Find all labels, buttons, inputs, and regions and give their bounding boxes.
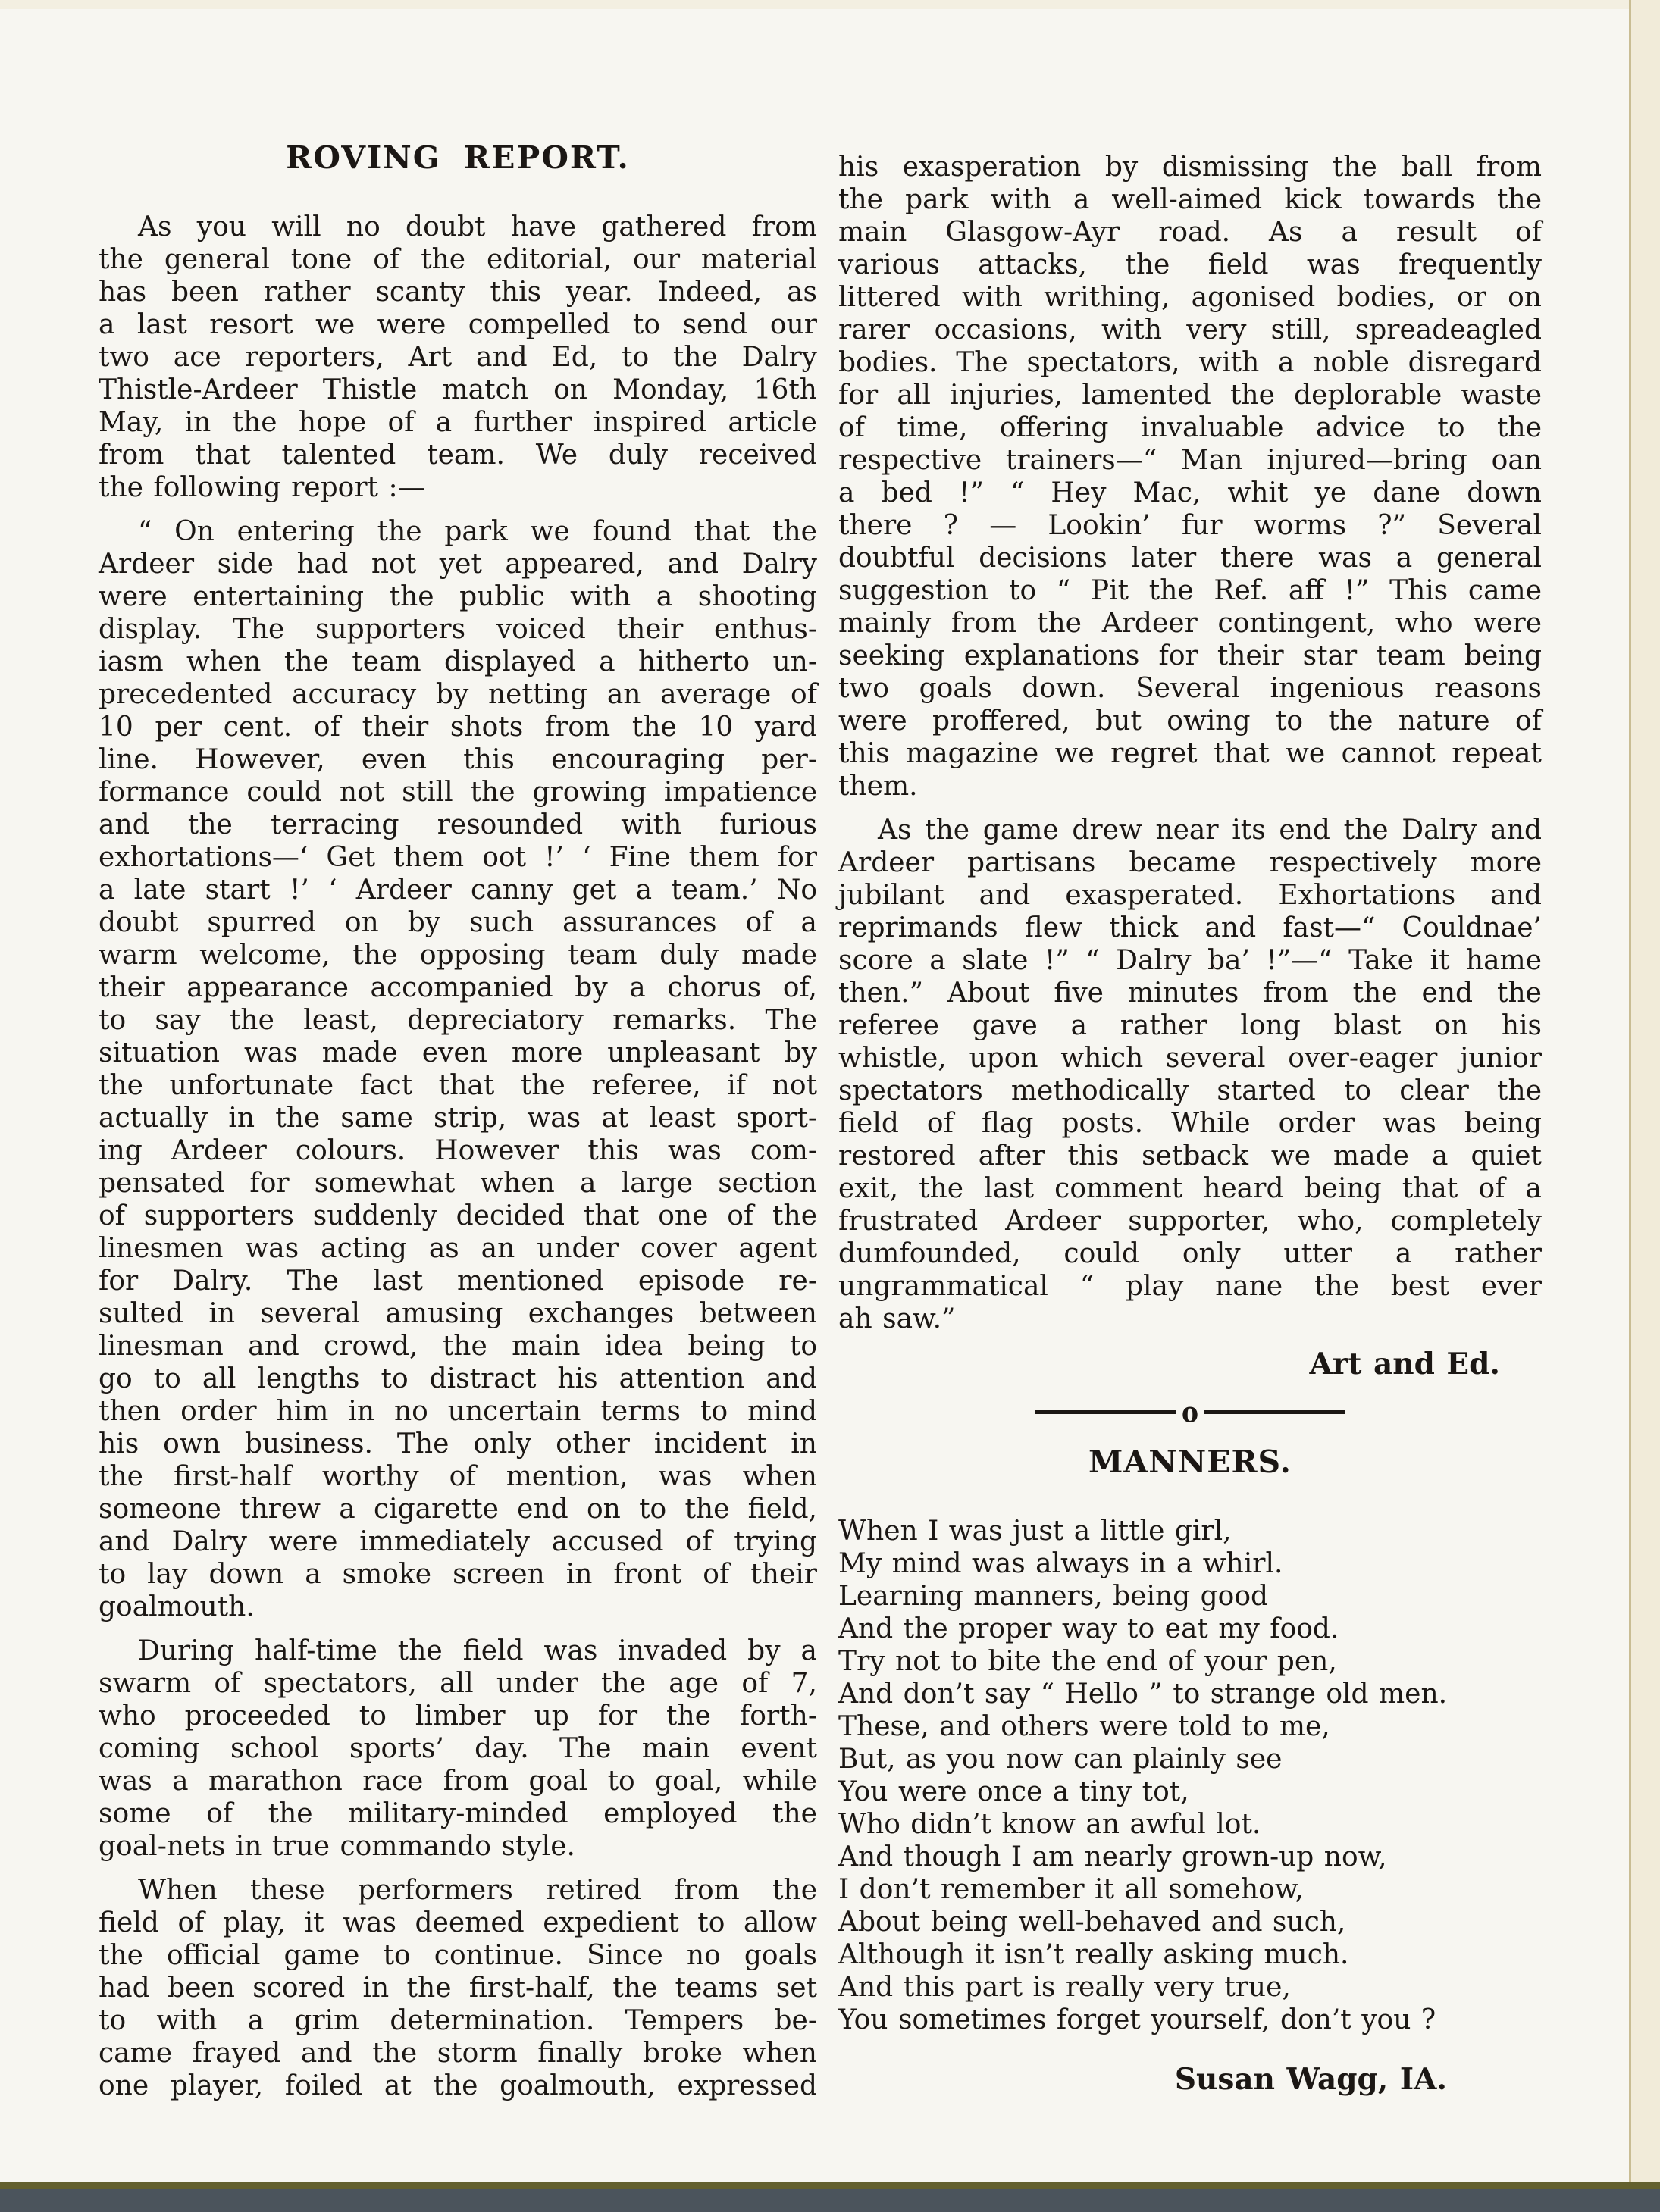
- text-line: came frayed and the storm finally broke …: [99, 2037, 817, 2070]
- text-line: seeking explanations for their star team…: [838, 640, 1542, 672]
- text-line: coming school sports’ day. The main even…: [99, 1732, 817, 1765]
- text-line: the general tone of the editorial, our m…: [99, 243, 817, 276]
- divider-line: [1204, 1410, 1345, 1414]
- text-line: referee gave a rather long blast on his: [838, 1009, 1542, 1042]
- text-line: to lay down a smoke screen in front of t…: [99, 1558, 817, 1591]
- section-divider: o: [838, 1400, 1542, 1425]
- text-line: suggestion to “ Pit the Ref. aff !” This…: [838, 574, 1542, 607]
- text-line: ing Ardeer colours. However this was com…: [99, 1134, 817, 1167]
- poem-line: And the proper way to eat my food.: [838, 1613, 1542, 1645]
- text-line: and the terracing resounded with furious: [99, 809, 817, 841]
- paragraph: When these performers retired from thefi…: [99, 1874, 817, 2102]
- text-line: his own business. The only other inciden…: [99, 1428, 817, 1460]
- text-line: the first-half worthy of mention, was wh…: [99, 1460, 817, 1493]
- text-line: sulted in several amusing exchanges betw…: [99, 1297, 817, 1330]
- text-line: two ace reporters, Art and Ed, to the Da…: [99, 341, 817, 374]
- text-line: 10 per cent. of their shots from the 10 …: [99, 711, 817, 743]
- paragraph: During half-time the field was invaded b…: [99, 1635, 817, 1863]
- text-line: actually in the same strip, was at least…: [99, 1102, 817, 1134]
- text-line: ungrammatical “ play nane the best ever: [838, 1270, 1542, 1303]
- text-line: score a slate !” “ Dalry ba’ !”—“ Take i…: [838, 944, 1542, 977]
- text-line: various attacks, the field was frequentl…: [838, 249, 1542, 281]
- text-line: to say the least, depreciatory remarks. …: [99, 1004, 817, 1037]
- text-line: the unfortunate fact that the referee, i…: [99, 1069, 817, 1102]
- text-line: for Dalry. The last mentioned episode re…: [99, 1265, 817, 1297]
- text-line: a late start !’ ‘ Ardeer canny get a tea…: [99, 874, 817, 906]
- text-line: field of play, it was deemed expedient t…: [99, 1907, 817, 1939]
- text-line: pensated for somewhat when a large secti…: [99, 1167, 817, 1200]
- poem-line: Although it isn’t really asking much.: [838, 1938, 1542, 1971]
- text-line: “ On entering the park we found that the: [99, 515, 817, 548]
- text-line: a last resort we were compelled to send …: [99, 308, 817, 341]
- poem: When I was just a little girl,My mind wa…: [838, 1515, 1542, 2036]
- poem-line: These, and others were told to me,: [838, 1710, 1542, 1743]
- text-line: dumfounded, could only utter a rather: [838, 1237, 1542, 1270]
- poem-line: And this part is really very true,: [838, 1971, 1542, 2004]
- text-line: there ? — Lookin’ fur worms ?” Several: [838, 509, 1542, 542]
- text-line: restored after this setback we made a qu…: [838, 1140, 1542, 1172]
- text-line: exit, the last comment heard being that …: [838, 1172, 1542, 1205]
- poem-line: I don’t remember it all somehow,: [838, 1873, 1542, 1906]
- text-line: and Dalry were immediately accused of tr…: [99, 1525, 817, 1558]
- text-line: mainly from the Ardeer contingent, who w…: [838, 607, 1542, 640]
- poem-line: When I was just a little girl,: [838, 1515, 1542, 1547]
- text-line: them.: [838, 770, 1542, 803]
- text-line: one player, foiled at the goalmouth, exp…: [99, 2070, 817, 2102]
- text-line: some of the military-minded employed the: [99, 1797, 817, 1830]
- text-line: Ardeer side had not yet appeared, and Da…: [99, 548, 817, 580]
- text-line: situation was made even more unpleasant …: [99, 1037, 817, 1069]
- paragraph: “ On entering the park we found that the…: [99, 515, 817, 1623]
- text-line: of supporters suddenly decided that one …: [99, 1200, 817, 1232]
- text-line: May, in the hope of a further inspired a…: [99, 406, 817, 439]
- poem-line: And though I am nearly grown-up now,: [838, 1841, 1542, 1873]
- text-line: this magazine we regret that we cannot r…: [838, 737, 1542, 770]
- text-line: Thistle-Ardeer Thistle match on Monday, …: [99, 374, 817, 406]
- page-top-edge: [0, 0, 1660, 9]
- text-line: were proffered, but owing to the nature …: [838, 705, 1542, 737]
- text-line: When these performers retired from the: [99, 1874, 817, 1907]
- text-line: formance could not still the growing imp…: [99, 776, 817, 809]
- article-right-column: his exasperation by dismissing the ball …: [838, 140, 1542, 2103]
- article-title: ROVING REPORT.: [99, 140, 817, 176]
- page-edge-strip: [1629, 0, 1660, 2186]
- left-column-text: As you will no doubt have gathered fromt…: [99, 211, 817, 2102]
- text-line: littered with writhing, agonised bodies,…: [838, 281, 1542, 314]
- poem-line: About being well-behaved and such,: [838, 1906, 1542, 1938]
- page-content: ROVING REPORT. As you will no doubt have…: [99, 140, 1542, 2113]
- poem-line: But, as you now can plainly see: [838, 1743, 1542, 1776]
- text-line: someone threw a cigarette end on to the …: [99, 1493, 817, 1525]
- text-line: doubt spurred on by such assurances of a: [99, 906, 817, 939]
- poem-line: You sometimes forget yourself, don’t you…: [838, 2004, 1542, 2036]
- text-line: spectators methodically started to clear…: [838, 1075, 1542, 1107]
- paragraph: As you will no doubt have gathered fromt…: [99, 211, 817, 504]
- text-line: main Glasgow-Ayr road. As a result of: [838, 216, 1542, 249]
- text-line: has been rather scanty this year. Indeed…: [99, 276, 817, 308]
- text-line: goal-nets in true commando style.: [99, 1830, 817, 1863]
- section-heading: MANNERS.: [838, 1444, 1542, 1480]
- text-line: whistle, upon which several over-eager j…: [838, 1042, 1542, 1075]
- text-line: then order him in no uncertain terms to …: [99, 1395, 817, 1428]
- text-line: two goals down. Several ingenious reason…: [838, 672, 1542, 705]
- text-line: who proceeded to limber up for the forth…: [99, 1700, 817, 1732]
- text-line: linesmen was acting as an under cover ag…: [99, 1232, 817, 1265]
- paragraph: his exasperation by dismissing the ball …: [838, 151, 1542, 803]
- text-line: doubtful decisions later there was a gen…: [838, 542, 1542, 574]
- article-left-column: ROVING REPORT. As you will no doubt have…: [99, 140, 817, 2113]
- text-line: a bed !” “ Hey Mac, whit ye dane down: [838, 477, 1542, 509]
- text-line: then.” About five minutes from the end t…: [838, 977, 1542, 1009]
- text-line: his exasperation by dismissing the ball …: [838, 151, 1542, 183]
- text-line: from that talented team. We duly receive…: [99, 439, 817, 471]
- text-line: for all injuries, lamented the deplorabl…: [838, 379, 1542, 411]
- text-line: respective trainers—“ Man injured—bring …: [838, 444, 1542, 477]
- text-line: goalmouth.: [99, 1591, 817, 1623]
- text-line: reprimands flew thick and fast—“ Couldna…: [838, 912, 1542, 944]
- signature: Art and Ed.: [838, 1347, 1542, 1381]
- signature: Susan Wagg, IA.: [838, 2062, 1542, 2097]
- text-line: bodies. The spectators, with a noble dis…: [838, 346, 1542, 379]
- text-line: the following report :—: [99, 471, 817, 504]
- text-line: the park with a well-aimed kick towards …: [838, 183, 1542, 216]
- text-line: display. The supporters voiced their ent…: [99, 613, 817, 646]
- text-line: frustrated Ardeer supporter, who, comple…: [838, 1205, 1542, 1237]
- text-line: the official game to continue. Since no …: [99, 1939, 817, 1972]
- text-line: jubilant and exasperated. Exhortations a…: [838, 879, 1542, 912]
- bottom-scan-bar: [0, 2182, 1660, 2212]
- divider-symbol: o: [1182, 1398, 1198, 1426]
- text-line: had been scored in the first-half, the t…: [99, 1972, 817, 2004]
- text-line: their appearance accompanied by a chorus…: [99, 971, 817, 1004]
- text-line: As the game drew near its end the Dalry …: [838, 814, 1542, 846]
- poem-line: Learning manners, being good: [838, 1580, 1542, 1613]
- text-line: line. However, even this encouraging per…: [99, 743, 817, 776]
- text-line: Ardeer partisans became respectively mor…: [838, 846, 1542, 879]
- text-line: During half-time the field was invaded b…: [99, 1635, 817, 1667]
- magazine-page: ROVING REPORT. As you will no doubt have…: [0, 0, 1660, 2212]
- divider-line: [1035, 1410, 1176, 1414]
- text-line: ah saw.”: [838, 1303, 1542, 1335]
- text-line: As you will no doubt have gathered from: [99, 211, 817, 243]
- text-line: exhortations—‘ Get them oot !’ ‘ Fine th…: [99, 841, 817, 874]
- poem-line: Try not to bite the end of your pen,: [838, 1645, 1542, 1678]
- text-line: rarer occasions, with very still, spread…: [838, 314, 1542, 346]
- text-line: warm welcome, the opposing team duly mad…: [99, 939, 817, 971]
- poem-line: My mind was always in a whirl.: [838, 1547, 1542, 1580]
- text-line: was a marathon race from goal to goal, w…: [99, 1765, 817, 1797]
- text-line: field of flag posts. While order was bei…: [838, 1107, 1542, 1140]
- poem-line: You were once a tiny tot,: [838, 1776, 1542, 1808]
- text-line: to with a grim determination. Tempers be…: [99, 2004, 817, 2037]
- text-line: iasm when the team displayed a hitherto …: [99, 646, 817, 678]
- poem-line: And don’t say “ Hello ” to strange old m…: [838, 1678, 1542, 1710]
- text-line: precedented accuracy by netting an avera…: [99, 678, 817, 711]
- text-line: were entertaining the public with a shoo…: [99, 580, 817, 613]
- text-line: linesman and crowd, the main idea being …: [99, 1330, 817, 1363]
- text-line: swarm of spectators, all under the age o…: [99, 1667, 817, 1700]
- text-line: of time, offering invaluable advice to t…: [838, 411, 1542, 444]
- text-line: go to all lengths to distract his attent…: [99, 1363, 817, 1395]
- poem-line: Who didn’t know an awful lot.: [838, 1808, 1542, 1841]
- paragraph: As the game drew near its end the Dalry …: [838, 814, 1542, 1335]
